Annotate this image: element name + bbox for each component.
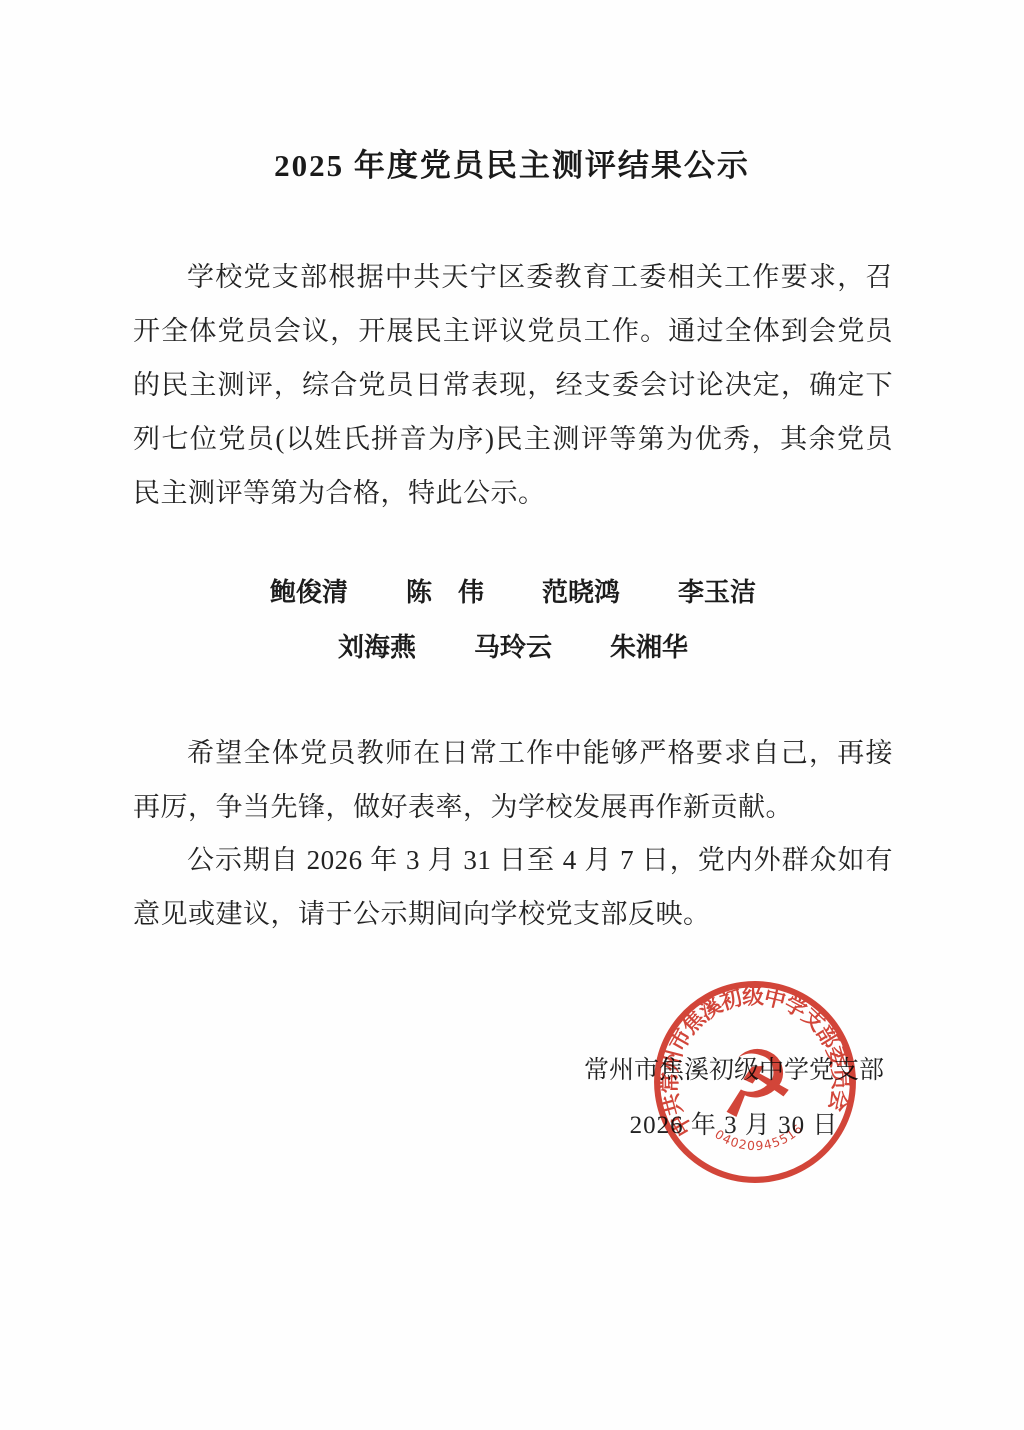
document-title: 2025 年度党员民主测评结果公示	[0, 140, 1024, 185]
official-seal: 中共常州市焦溪初级中学支部委员会 ☭ 04020945516	[639, 966, 872, 1199]
name-item: 陈 伟	[406, 565, 484, 620]
hammer-sickle-icon: ☭	[709, 1027, 802, 1140]
document-page: 2025 年度党员民主测评结果公示 学校党支部根据中共天宁区委教育工委相关工作要…	[0, 0, 1024, 1430]
names-row-1: 鲍俊清 陈 伟 范晓鸿 李玉洁	[133, 565, 893, 620]
paragraph-hope: 希望全体党员教师在日常工作中能够严格要求自己，再接再厉，争当先锋，做好表率，为学…	[133, 726, 893, 834]
honored-names-list: 鲍俊清 陈 伟 范晓鸿 李玉洁 刘海燕 马玲云 朱湘华	[133, 565, 893, 675]
name-item: 范晓鸿	[542, 565, 620, 620]
names-row-2: 刘海燕 马玲云 朱湘华	[133, 620, 893, 675]
name-item: 李玉洁	[678, 565, 756, 620]
name-item: 鲍俊清	[270, 565, 348, 620]
paragraph-intro: 学校党支部根据中共天宁区委教育工委相关工作要求，召开全体党员会议，开展民主评议党…	[133, 250, 893, 520]
name-item: 朱湘华	[610, 620, 688, 675]
name-item: 刘海燕	[338, 620, 416, 675]
name-item: 马玲云	[474, 620, 552, 675]
paragraph-period: 公示期自 2026 年 3 月 31 日至 4 月 7 日，党内外群众如有意见或…	[133, 833, 893, 941]
